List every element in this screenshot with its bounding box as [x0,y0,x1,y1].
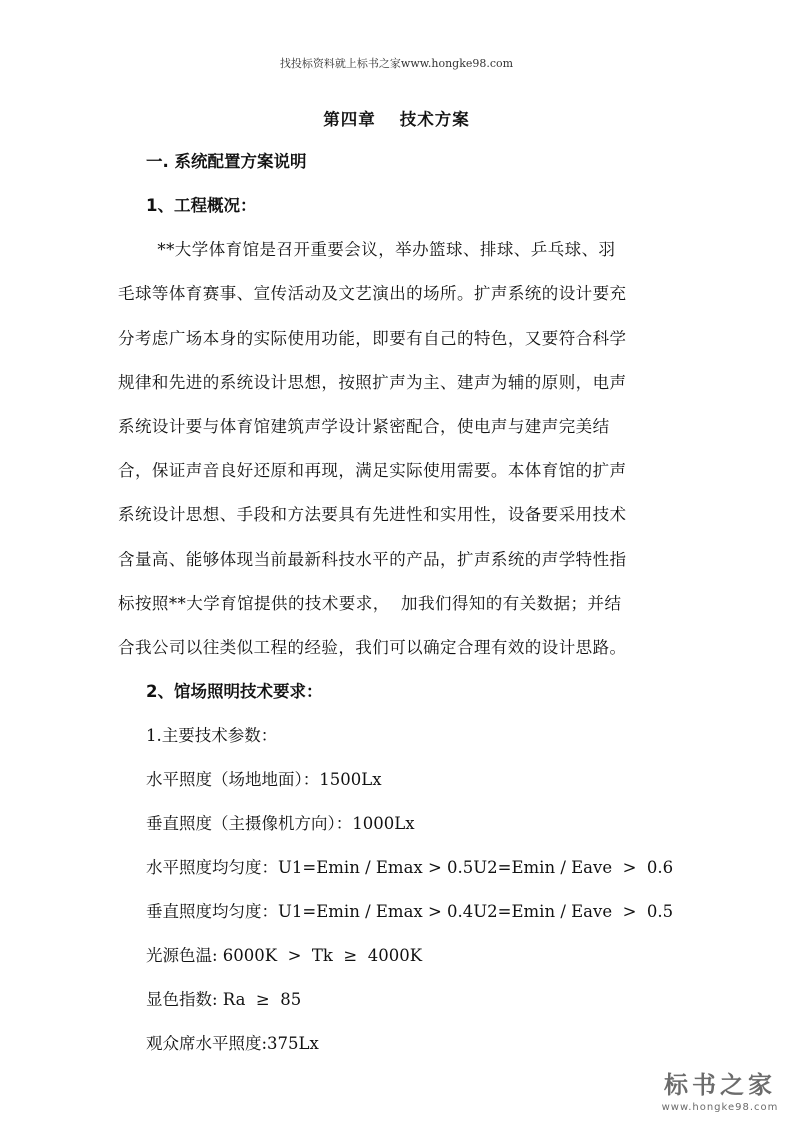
paragraph-line: 分考虑广场本身的实际使用功能，即要有自己的特色，又要符合科学 [118,325,627,349]
param-vertical-uniformity: 垂直照度均匀度：U1=Emin / Emax > 0.4U2=Emin / Ea… [146,898,673,922]
paragraph-line: 规律和先进的系统设计思想，按照扩声为主、建声为辅的原则，电声 [118,369,627,393]
watermark-logo: 标书之家 www.hongke98.com [660,1065,780,1113]
param-horizontal-uniformity: 水平照度均匀度：U1=Emin / Emax > 0.5U2=Emin / Ea… [146,854,673,878]
chapter-title: 第四章技术方案 [0,106,793,130]
subsection-heading-lighting: 2、馆场照明技术要求： [146,678,322,702]
chapter-name: 技术方案 [400,110,470,129]
paragraph-line: 含量高、能够体现当前最新科技水平的产品，扩声系统的声学特性指 [118,546,627,570]
paragraph-line: 合我公司以往类似工程的经验，我们可以确定合理有效的设计思路。 [118,634,627,658]
subsection-heading-overview: 1、工程概况： [146,192,256,216]
param-audience-illuminance: 观众席水平照度:375Lx [146,1030,319,1054]
paragraph-line: 系统设计思想、手段和方法要具有先进性和实用性，设备要采用技术 [118,501,627,525]
section-heading: 一. 系统配置方案说明 [146,148,307,172]
param-horizontal-illuminance: 水平照度（场地地面）：1500Lx [146,766,382,790]
paragraph-line: 合，保证声音良好还原和再现，满足实际使用需要。本体育馆的扩声 [118,457,627,481]
param-color-rendering: 显色指数: Ra ≥ 85 [146,986,301,1010]
watermark-title: 标书之家 [660,1065,780,1100]
paragraph-line: 毛球等体育赛事、宣传活动及文艺演出的场所。扩声系统的设计要充 [118,280,627,304]
param-color-temperature: 光源色温: 6000K > Tk ≥ 4000K [146,942,422,966]
paragraph-line: 系统设计要与体育馆建筑声学设计紧密配合，使电声与建声完美结 [118,413,610,437]
chapter-number: 第四章 [323,110,376,129]
param-vertical-illuminance: 垂直照度（主摄像机方向）：1000Lx [146,810,415,834]
paragraph-line: **大学体育馆是召开重要会议，举办篮球、排球、乒乓球、羽 [146,236,616,260]
paragraph-line: 标按照**大学育馆提供的技术要求， 加我们得知的有关数据；并结 [118,590,621,614]
params-heading: 1.主要技术参数： [146,722,277,746]
watermark-url: www.hongke98.com [660,1102,780,1113]
page-header: 找投标资料就上标书之家www.hongke98.com [0,55,793,71]
